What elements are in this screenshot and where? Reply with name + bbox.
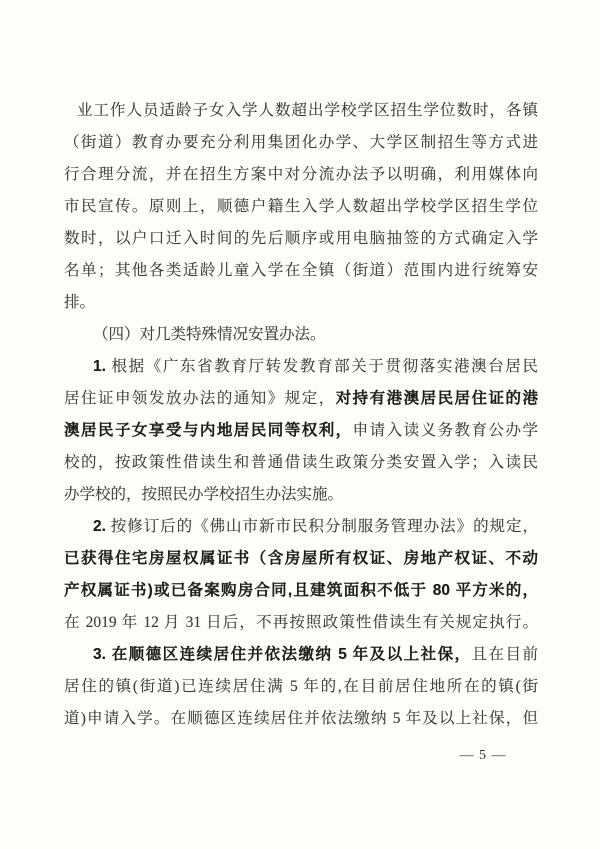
line-text: 数时，以户口迁入时间的先后顺序或用电脑抽签的方式确定入学 <box>64 230 538 247</box>
line-text: （四）对几类特殊情况安置办法。 <box>93 326 326 343</box>
line-text: 办学校的，按照民办学校招生办法实施。 <box>64 486 343 503</box>
text-line: 道)申请入学。在顺德区连续居住并依法缴纳 5 年及以上社保，但 <box>64 703 538 735</box>
section-heading-line: （四）对几类特殊情况安置办法。 <box>64 319 538 351</box>
text-line: 澳居民子女享受与内地居民同等权利，申请入读义务教育公办学 <box>64 415 538 447</box>
list-item-line: 3. 在顺德区连续居住并依法缴纳 5 年及以上社保，且在目前 <box>64 639 538 671</box>
line-text: （街道）教育办要充分利用集团化办学、大学区制招生等方式进 <box>64 134 538 151</box>
line-text: 申请入读义务教育公办学 <box>353 422 538 439</box>
document-page: 业工作人员适龄子女入学人数超出学校学区招生学位数时，各镇 （街道）教育办要充分利… <box>0 0 600 849</box>
text-line: （街道）教育办要充分利用集团化办学、大学区制招生等方式进 <box>64 127 538 159</box>
text-line: 市民宣传。原则上，顺德户籍生入学人数超出学校学区招生学位 <box>64 191 538 223</box>
line-text-bold: 2. <box>93 518 106 535</box>
line-text: 道)申请入学。在顺德区连续居住并依法缴纳 5 年及以上社保，但 <box>64 710 538 727</box>
list-item-line: 1. 根据《广东省教育厅转发教育部关于贯彻落实港澳台居民 <box>64 351 538 383</box>
text-line: 办学校的，按照民办学校招生办法实施。 <box>64 479 538 511</box>
line-text: 且在目前 <box>472 646 538 663</box>
text-line: 已获得住宅房屋权属证书（含房屋所有权证、房地产权证、不动 <box>64 543 538 575</box>
line-text-bold: 对持有港澳居民居住证的港 <box>336 390 538 407</box>
page-number: — 5 — <box>448 746 518 766</box>
line-text-bold: 澳居民子女享受与内地居民同等权利， <box>64 422 353 439</box>
line-text: 在 2019 年 12 月 31 日后，不再按照政策性借读生有关规定执行。 <box>64 614 538 631</box>
text-line: 排。 <box>64 287 538 319</box>
line-text-bold: 1. <box>93 358 106 375</box>
text-line: 居住证申领发放办法的通知》规定，对持有港澳居民居住证的港 <box>64 383 538 415</box>
text-line: 校的，按政策性借读生和普通借读生政策分类安置入学；入读民 <box>64 447 538 479</box>
text-line: 行合理分流，并在招生方案中对分流办法予以明确，利用媒体向 <box>64 159 538 191</box>
text-line: 名单；其他各类适龄儿童入学在全镇（街道）范围内进行统筹安 <box>64 255 538 287</box>
line-text: 排。 <box>64 294 95 311</box>
text-line: 居住的镇(街道)已连续居住满 5 年的,在目前居住地所在的镇(街 <box>64 671 538 703</box>
line-text: 根据《广东省教育厅转发教育部关于贯彻落实港澳台居民 <box>106 358 538 375</box>
line-text: 校的，按政策性借读生和普通借读生政策分类安置入学；入读民 <box>64 454 538 471</box>
line-text-bold: 3. 在顺德区连续居住并依法缴纳 5 年及以上社保， <box>93 646 472 663</box>
line-text-bold: 已获得住宅房屋权属证书（含房屋所有权证、房地产权证、不动 <box>64 550 538 567</box>
list-item-line: 2. 按修订后的《佛山市新市民积分制服务管理办法》的规定， <box>64 511 538 543</box>
line-text: 业工作人员适龄子女入学人数超出学校学区招生学位数时，各镇 <box>77 102 538 119</box>
text-line: 在 2019 年 12 月 31 日后，不再按照政策性借读生有关规定执行。 <box>64 607 538 639</box>
document-body-text: 业工作人员适龄子女入学人数超出学校学区招生学位数时，各镇 （街道）教育办要充分利… <box>64 95 538 735</box>
line-text-bold: 产权属证书)或已备案购房合同,且建筑面积不低于 80 平方米的， <box>64 582 538 599</box>
line-text: 按修订后的《佛山市新市民积分制服务管理办法》的规定， <box>106 518 538 535</box>
line-text: 居住证申领发放办法的通知》规定， <box>64 390 336 407</box>
line-text: 名单；其他各类适龄儿童入学在全镇（街道）范围内进行统筹安 <box>64 262 538 279</box>
text-line: 产权属证书)或已备案购房合同,且建筑面积不低于 80 平方米的， <box>64 575 538 607</box>
text-line: 业工作人员适龄子女入学人数超出学校学区招生学位数时，各镇 <box>64 95 538 127</box>
text-line: 数时，以户口迁入时间的先后顺序或用电脑抽签的方式确定入学 <box>64 223 538 255</box>
line-text: 居住的镇(街道)已连续居住满 5 年的,在目前居住地所在的镇(街 <box>64 678 538 695</box>
line-text: 行合理分流，并在招生方案中对分流办法予以明确，利用媒体向 <box>64 166 538 183</box>
line-text: 市民宣传。原则上，顺德户籍生入学人数超出学校学区招生学位 <box>64 198 538 215</box>
